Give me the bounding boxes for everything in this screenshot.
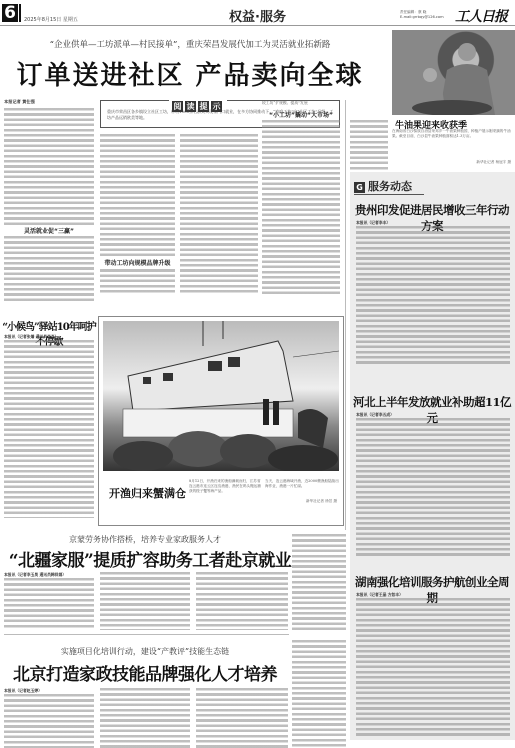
lead-body-col1b xyxy=(4,236,94,302)
photo-frame: 开渔归来蟹满仓 8月12日，开渔归来的渔船满载而归，江苏省连云港市连云区连岛渔港… xyxy=(98,316,344,526)
page-header: 6 2025年8月15日 星期五 权益·服务 责任编辑：康 晓 E-mail:g… xyxy=(0,0,515,26)
column-divider xyxy=(345,100,346,530)
service-box-title: G服务动态 xyxy=(354,178,412,194)
story-divider xyxy=(4,634,289,635)
lead-kicker: “企业供单—工坊派单—村民接单”，重庆荣昌发展代加工为灵活就业拓新路 xyxy=(20,38,360,50)
masthead-logo: 工人日报 xyxy=(455,6,507,26)
editor-info: 责任编辑：康 晓 E-mail:grrbqy@126.com xyxy=(400,10,444,19)
lead-body-col4 xyxy=(262,120,340,294)
lead-body-col1 xyxy=(4,108,94,226)
side-story-body xyxy=(4,340,94,518)
story2-body-col1 xyxy=(4,578,94,630)
story2-body-col2 xyxy=(100,572,190,630)
story2-headline: “北疆家服”提质扩容助务工者赴京就业 xyxy=(0,546,300,571)
story3-body-col4 xyxy=(292,640,346,748)
photo-caption-title: 开渔归来蟹满仓 xyxy=(109,485,186,501)
service-box-title-text: 服务动态 xyxy=(368,180,412,193)
photo-caption-text2: 当天，连云港海域开渔，近2000艘渔船陆续出海作业，渔港一片忙碌。 xyxy=(265,479,339,489)
story2-body-col4 xyxy=(292,534,346,630)
story3-headline: 北京打造家政技能品牌强化人才培养 xyxy=(0,660,290,685)
lead-byline: 本报记者 黄仕强 xyxy=(4,99,35,105)
service-icon: G xyxy=(354,182,365,193)
story3-body-col1 xyxy=(4,694,94,748)
service-item-body xyxy=(356,598,510,736)
avocado-photo-credit: 新华社记者 杨冠宇 摄 xyxy=(476,160,511,165)
avocado-harvest-photo xyxy=(392,30,515,115)
lead-headline: 订单送进社区 产品卖向全球 xyxy=(10,55,370,92)
photo-credit: 新华社记者 徐昱 摄 xyxy=(306,499,337,504)
boat-illustration xyxy=(103,321,339,471)
story2-kicker: 京蒙劳务协作搭桥，培养专业家政服务人才 xyxy=(0,534,290,545)
lead-subhead-1: 灵活就业促“三赢” xyxy=(4,226,94,235)
story2-body-col3 xyxy=(196,572,288,630)
lead-body-col3 xyxy=(180,134,258,294)
avocado-caption-text: 在海南省白沙黎族自治县荣邦乡一牛油果种植园，种植户展示刚采摘的牛油果。截至目前，… xyxy=(392,129,513,139)
lead-subhead-2: “小工坊”撬动“大市场” xyxy=(262,110,340,119)
story3-body-col3 xyxy=(196,688,288,748)
fishing-boat-photo xyxy=(103,321,339,471)
service-item-body xyxy=(356,418,510,558)
service-item-body xyxy=(356,226,510,366)
lead-body-col2 xyxy=(100,134,175,294)
photo-caption-text: 8月12日，开渔归来的渔船满载而归，江苏省连云港市连云区连岛渔港，渔民在码头搬运… xyxy=(189,479,261,494)
service-title-rule xyxy=(354,194,424,195)
service-updates-box: G服务动态 贵州印发促进居民增收三年行动方案 本报讯（记者李丰） 河北上半年发放… xyxy=(350,172,515,740)
lead-intro-right: 较工坊“扩规模、提质”发展 xyxy=(262,100,308,106)
story3-kicker: 实施项目化培训行动，建设“产教评”技能生态链 xyxy=(0,646,290,657)
lead-subhead-3: 带动工坊向规模品牌升级 xyxy=(100,258,175,267)
farmer-illustration xyxy=(392,30,515,115)
story3-body-col2 xyxy=(100,688,190,748)
